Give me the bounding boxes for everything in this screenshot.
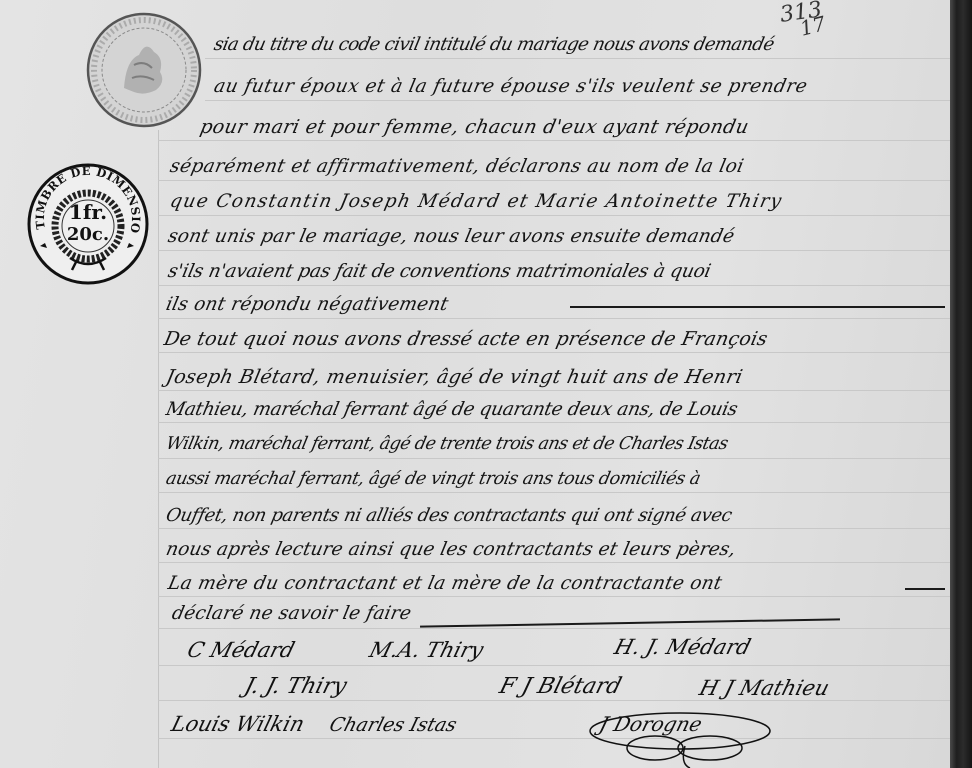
text-line-14: Ouffet, non parents ni alliés des contra… [164,505,734,526]
text-line-13: aussi maréchal ferrant, âgé de vingt tro… [164,469,702,489]
text-line-6: sont unis par le mariage, nous leur avon… [166,226,736,247]
ruled-line [158,215,950,216]
text-line-12: Wilkin, maréchal ferrant, âgé de trente … [164,434,730,454]
ruled-line [158,422,950,423]
ruled-line [158,180,950,181]
line-filler-dash [905,588,945,590]
ruled-line [158,628,950,629]
ruled-line [158,492,950,493]
signature-hj-medard: H. J. Médard [612,635,754,659]
text-line-10: Joseph Blétard, menuisier, âgé de vingt … [164,366,745,388]
signature-ma-thiry: M.A. Thiry [367,638,486,662]
ruled-line [158,458,950,459]
text-line-9: De tout quoi nous avons dressé acte en p… [162,328,770,350]
signature-flourish-icon [585,706,785,768]
line-filler-dash [420,618,840,627]
document-page: 313 17 TIMBRE DE DIMENSION. 1fr. 20c. [0,0,950,768]
text-line-4: séparément et affirmativement, déclarons… [168,156,746,177]
ruled-line [158,318,950,319]
text-line-3: pour mari et pour femme, chacun d'eux ay… [198,116,751,138]
ruled-line [158,738,950,739]
line-filler-dash [570,306,945,308]
signature-fj-bletard: F J Blétard [497,674,625,699]
signature-jj-thiry: J. J. Thiry [242,674,350,699]
text-line-11: Mathieu, maréchal ferrant âgé de quarant… [164,399,739,420]
ruled-line [205,58,950,59]
signature-hj-mathieu: H J Mathieu [697,676,832,700]
stamp-value-centimes: 20c. [26,224,150,245]
ruled-line [158,700,950,701]
text-line-15: nous après lecture ainsi que les contrac… [164,539,738,560]
tax-stamp: TIMBRE DE DIMENSION. 1fr. 20c. [26,162,150,286]
ruled-line [158,665,950,666]
text-line-1: sia du titre du code civil intitulé du m… [212,34,776,55]
ruled-line [205,100,950,101]
ruled-line [158,285,950,286]
text-line-17: déclaré ne savoir le faire [170,603,413,624]
ruled-line [158,562,950,563]
text-line-16: La mère du contractant et la mère de la … [166,573,724,594]
signature-louis-wilkin: Louis Wilkin [169,712,307,736]
ruled-line [158,352,950,353]
page-binding-edge [950,0,972,768]
text-line-2: au futur époux et à la future épouse s'i… [212,76,809,97]
municipal-seal-icon [84,10,204,130]
ruled-line [158,140,950,141]
ruled-line [158,528,950,529]
text-line-8: ils ont répondu négativement [164,294,450,315]
folio-subnumber: 17 [797,11,828,40]
ruled-line [158,596,950,597]
signature-c-medard: C Médard [185,638,298,662]
text-line-7: s'ils n'avaient pas fait de conventions … [166,261,713,282]
stamp-value-francs: 1fr. [26,200,150,224]
text-line-5: que Constantin Joseph Médard et Marie An… [168,191,784,212]
signature-charles-istas: Charles Istas [327,714,459,736]
margin-line [158,130,159,768]
ruled-line [158,250,950,251]
ruled-line [158,390,950,391]
